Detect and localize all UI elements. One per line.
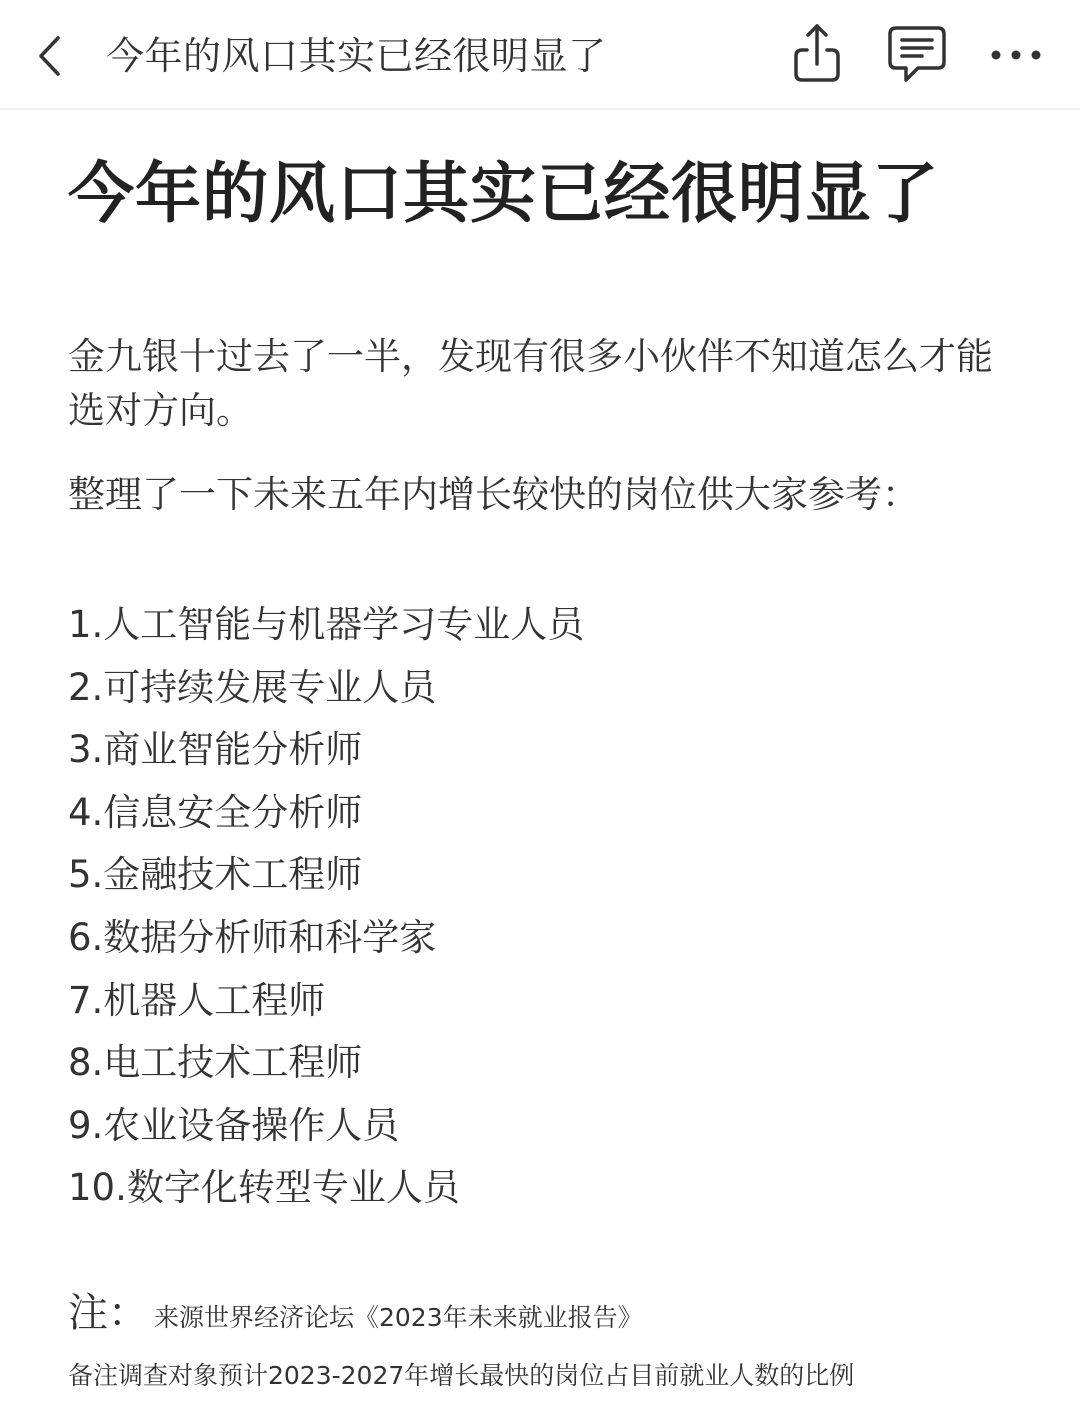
list-item: 1.人工智能与机器学习专业人员 [68,594,584,657]
article-title: 今年的风口其实已经很明显了 [68,154,939,234]
list-item: 10.数字化转型专业人员 [68,1157,584,1220]
topbar-title: 今年的风口其实已经很明显了 [106,31,607,81]
list-item: 6.数据分析师和科学家 [68,907,584,970]
more-options-button[interactable] [982,20,1052,90]
list-item: 7.机器人工程师 [68,970,584,1033]
top-navigation-bar: 今年的风口其实已经很明显了 [0,0,1080,110]
share-icon [782,20,852,90]
note-source: 来源世界经济论坛《2023年未来就业报告》 [154,1303,643,1332]
list-item: 2.可持续发展专业人员 [68,657,584,720]
job-list: 1.人工智能与机器学习专业人员 2.可持续发展专业人员 3.商业智能分析师 4.… [68,594,584,1220]
list-item: 9.农业设备操作人员 [68,1095,584,1158]
remark-text: 备注调查对象预计2023-2027年增长最快的岗位占目前就业人数的比例 [68,1356,854,1396]
list-item: 5.金融技术工程师 [68,844,584,907]
note-label: 注： [68,1290,148,1336]
list-item: 3.商业智能分析师 [68,719,584,782]
back-button[interactable] [30,28,70,84]
more-horizontal-icon [982,20,1052,90]
share-button[interactable] [782,20,852,90]
comment-icon [882,20,952,90]
list-item: 4.信息安全分析师 [68,782,584,845]
intro-paragraph: 金九银十过去了一半，发现有很多小伙伴不知道怎么才能选对方向。 [68,330,998,438]
comment-button[interactable] [882,20,952,90]
source-note: 注：来源世界经济论坛《2023年未来就业报告》 [68,1285,643,1346]
chevron-left-icon [30,28,70,84]
list-item: 8.电工技术工程师 [68,1032,584,1095]
lead-in-paragraph: 整理了一下未来五年内增长较快的岗位供大家参考： [68,468,998,522]
